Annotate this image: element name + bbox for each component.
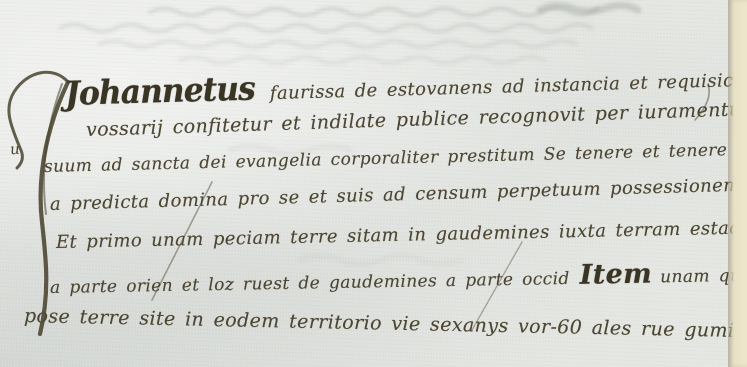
margin-note: u [9,140,21,159]
adjacent-page-edge [728,0,747,367]
item-word: Item [579,258,652,290]
manuscript-photo: u Johannetus faurissa de estovanens ad i… [0,0,747,367]
opening-word: Johannetus [64,69,255,113]
